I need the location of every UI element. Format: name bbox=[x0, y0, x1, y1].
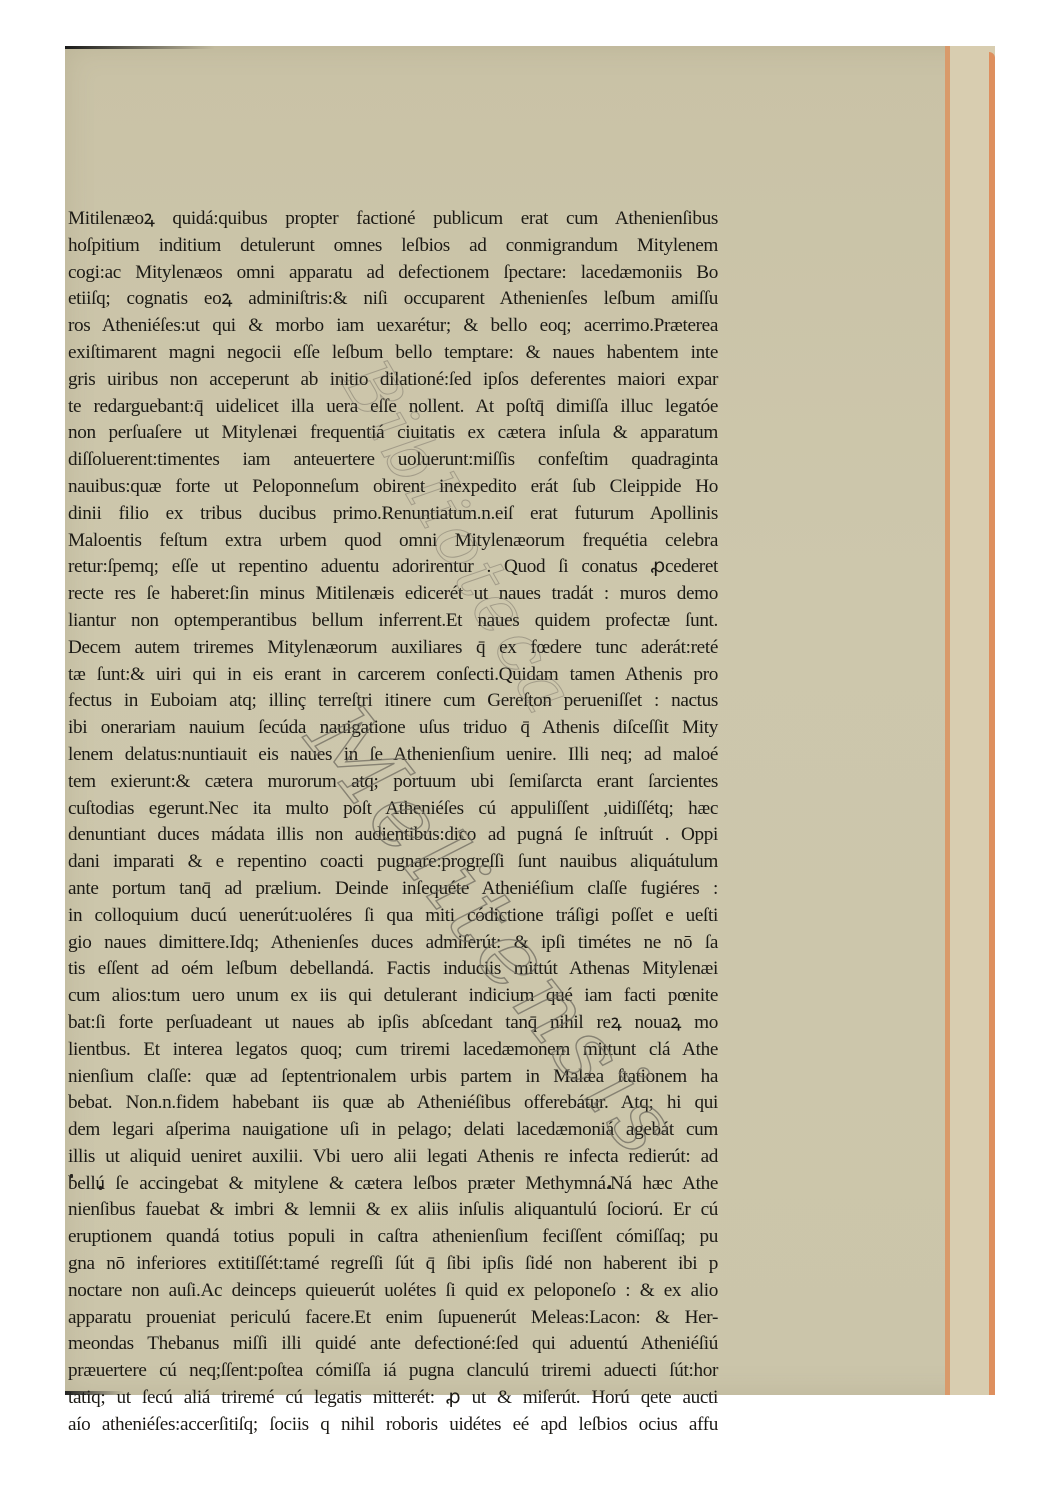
text-line: tæ ſunt:& uiri qui in eis erant in carce… bbox=[68, 662, 718, 689]
text-line: præuertere cú neq;ſſent:poſtea cómiſſa i… bbox=[68, 1358, 718, 1385]
text-line: gna nō inferiores extitiſſét:tamé regreſ… bbox=[68, 1251, 718, 1278]
text-line: fectus in Euboiam atq; illinç terreſtri … bbox=[68, 688, 718, 715]
text-line: denuntiant duces mádata illis non audien… bbox=[68, 822, 718, 849]
text-line: lenem delatus:nuntiauit eis naues in ſe … bbox=[68, 742, 718, 769]
text-line: cogi:ac Mitylenæos omni apparatu ad defe… bbox=[68, 260, 718, 287]
text-line: etiiſq; cognatis eoꝝ adminiſtris:& niſi … bbox=[68, 286, 718, 313]
text-line: exiſtimarent magni negocii eſſe leſbum b… bbox=[68, 340, 718, 367]
text-line: Decem autem triremes Mitylenæorum auxili… bbox=[68, 635, 718, 662]
text-line: eruptionem quandá totius populi in caſtr… bbox=[68, 1224, 718, 1251]
text-line: nienſium claſſe: quæ ad ſeptentrionalem … bbox=[68, 1064, 718, 1091]
text-line: meondas Thebanus miſſi illi quidé ante d… bbox=[68, 1331, 718, 1358]
text-line: ros Atheniéſes:ut qui & morbo iam uexaré… bbox=[68, 313, 718, 340]
text-line: retur:ſpemq; eſſe ut repentino aduentu a… bbox=[68, 554, 718, 581]
text-line: ibi onerariam nauium ſecúda nauigatione … bbox=[68, 715, 718, 742]
text-line: Mitilenæoꝝ quidá:quibus propter factioné… bbox=[68, 206, 718, 233]
text-line: bellú ſe accingebat & mitylene & cætera … bbox=[68, 1171, 718, 1198]
text-line: nienſibus fauebat & imbri & lemnii & ex … bbox=[68, 1197, 718, 1224]
text-line: non perſuaſere ut Mitylenæi frequentiá c… bbox=[68, 420, 718, 447]
text-line: in colloquium ducú uenerút:uoléres ſi qu… bbox=[68, 903, 718, 930]
book-page: Mitilenæoꝝ quidá:quibus propter factioné… bbox=[65, 46, 995, 1395]
text-line: illis ut aliquid ueniret auxilii. Vbi ue… bbox=[68, 1144, 718, 1171]
text-block: Mitilenæoꝝ quidá:quibus propter factioné… bbox=[68, 206, 718, 1439]
text-line: tis eſſent ad oém leſbum debellandá. Fac… bbox=[68, 956, 718, 983]
ink-speck bbox=[608, 1185, 611, 1189]
text-line: te redarguebant:q̄ uidelicet illa uera e… bbox=[68, 394, 718, 421]
ink-speck bbox=[99, 1186, 102, 1190]
text-line: aío atheniéſes:accerſitiſq; ſociis q nih… bbox=[68, 1412, 718, 1439]
text-line: hoſpitium inditium detulerunt omnes leſb… bbox=[68, 233, 718, 260]
text-line: tatiq; ut ſecú aliá triremé cú legatis m… bbox=[68, 1385, 718, 1412]
text-line: Maloentis feſtum extra urbem quod omni M… bbox=[68, 528, 718, 555]
text-line: liantur non optemperantibus bellum infer… bbox=[68, 608, 718, 635]
text-line: recte res ſe haberet:ſin minus Mitilenæi… bbox=[68, 581, 718, 608]
text-line: dinii filio ex tribus ducibus primo.Renu… bbox=[68, 501, 718, 528]
text-line: ante portum tanq̄ ad prælium. Deinde inſ… bbox=[68, 876, 718, 903]
text-line: diſſoluerent:timentes iam anteuertere uo… bbox=[68, 447, 718, 474]
text-line: apparatu proueniat periculú facere.Et en… bbox=[68, 1305, 718, 1332]
text-line: nauibus:quæ forte ut Peloponneſum obiren… bbox=[68, 474, 718, 501]
text-line: bat:ſi forte perſuadeant ut naues ab ipſ… bbox=[68, 1010, 718, 1037]
text-line: dem legari aſperima nauigatione uſi in p… bbox=[68, 1117, 718, 1144]
text-line: noctare non auſi.Ac deinceps quieuerút u… bbox=[68, 1278, 718, 1305]
text-line: tem exierunt:& cætera murorum atq; portu… bbox=[68, 769, 718, 796]
text-line: cuſtodias egerunt.Nec ita multo poſt Ath… bbox=[68, 796, 718, 823]
text-line: lientbus. Et interea legatos quoq; cum t… bbox=[68, 1037, 718, 1064]
text-line: dani imparati & e repentino coacti pugna… bbox=[68, 849, 718, 876]
text-line: gio naues dimittere.Idq; Athenienſes duc… bbox=[68, 930, 718, 957]
ink-speck bbox=[70, 1174, 73, 1178]
page-edge-strip bbox=[945, 46, 995, 1395]
text-line: gris uiribus non acceperunt ab initio di… bbox=[68, 367, 718, 394]
text-line: cum alios:tum uero unum ex iis qui detul… bbox=[68, 983, 718, 1010]
text-line: bebat. Non.n.fidem habebant iis quæ ab A… bbox=[68, 1090, 718, 1117]
